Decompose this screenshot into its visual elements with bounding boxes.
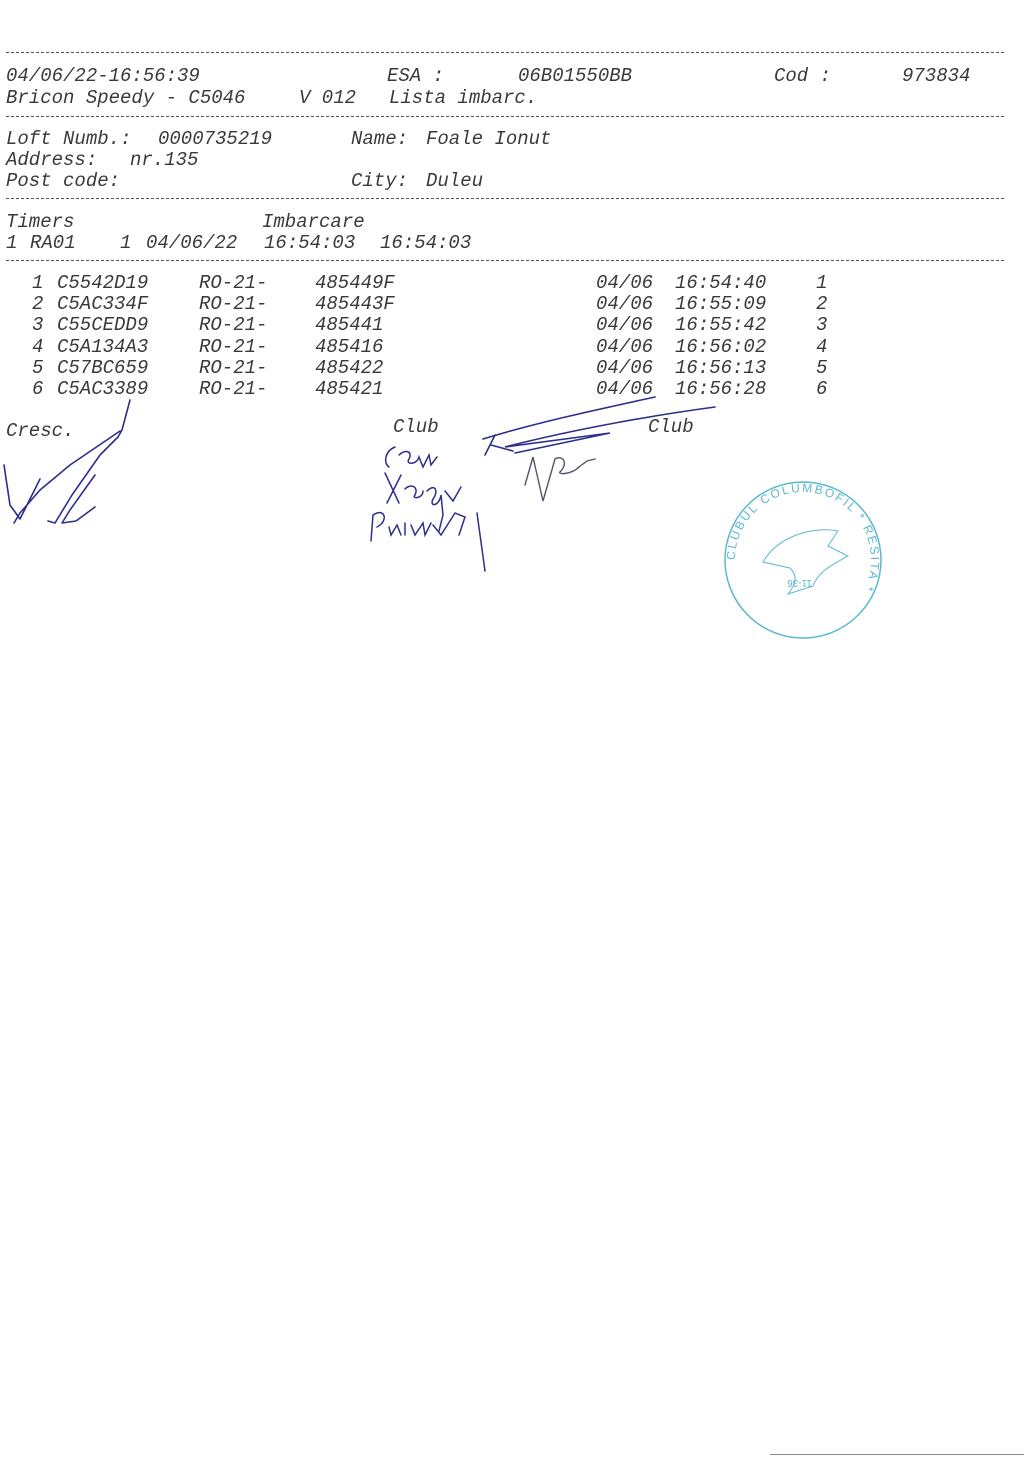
- timer-index: 1: [6, 233, 17, 254]
- timer-id: RA01: [30, 233, 76, 254]
- timer-time-start: 16:54:03: [264, 233, 355, 254]
- bird-chip-id: C57BC659: [57, 358, 148, 379]
- bird-ring-prefix: RO-21-: [199, 315, 267, 336]
- bird-ring-prefix: RO-21-: [199, 358, 267, 379]
- bird-number: 5: [32, 358, 43, 379]
- bird-ring-prefix: RO-21-: [199, 337, 267, 358]
- bird-ring-number: 485443F: [315, 294, 395, 315]
- bird-date: 04/06: [596, 273, 653, 294]
- bird-ring-number: 485416: [315, 337, 383, 358]
- esa-value: 06B01550BB: [518, 66, 632, 87]
- bird-order: 5: [816, 358, 827, 379]
- cod-label: Cod :: [774, 66, 831, 87]
- breeder-signature: [0, 395, 150, 535]
- bird-chip-id: C55CEDD9: [57, 315, 148, 336]
- bird-chip-id: C5542D19: [57, 273, 148, 294]
- print-datetime: 04/06/22-16:56:39: [6, 66, 200, 87]
- imbarcare-label: Imbarcare: [262, 212, 365, 233]
- bird-ring-prefix: RO-21-: [199, 273, 267, 294]
- address-value: nr.135: [130, 150, 198, 171]
- bird-ring-number: 485441: [315, 315, 383, 336]
- bird-order: 6: [816, 379, 827, 400]
- city-label: City:: [351, 171, 408, 192]
- device-name: Bricon Speedy - C5046: [6, 88, 245, 109]
- bird-time: 16:56:13: [675, 358, 766, 379]
- bottom-rule: [770, 1454, 1024, 1455]
- bird-ring-number: 485449F: [315, 273, 395, 294]
- bird-number: 4: [32, 337, 43, 358]
- list-title: Lista imbarc.: [389, 88, 537, 109]
- postcode-label: Post code:: [6, 171, 120, 192]
- city-value: Duleu: [426, 171, 483, 192]
- bird-order: 3: [816, 315, 827, 336]
- bird-ring-prefix: RO-21-: [199, 379, 267, 400]
- cod-value: 973834: [902, 66, 970, 87]
- timer-date: 04/06/22: [146, 233, 237, 254]
- bird-ring-number: 485422: [315, 358, 383, 379]
- separator: [6, 52, 1004, 53]
- esa-label: ESA :: [387, 66, 444, 87]
- bird-date: 04/06: [596, 337, 653, 358]
- bird-number: 2: [32, 294, 43, 315]
- bird-time: 16:55:42: [675, 315, 766, 336]
- bird-order: 4: [816, 337, 827, 358]
- bird-order: 1: [816, 273, 827, 294]
- bird-number: 1: [32, 273, 43, 294]
- bird-number: 3: [32, 315, 43, 336]
- timer-time-end: 16:54:03: [380, 233, 471, 254]
- bird-date: 04/06: [596, 294, 653, 315]
- bird-chip-id: C5AC334F: [57, 294, 148, 315]
- bird-time: 16:55:09: [675, 294, 766, 315]
- timers-label: Timers: [6, 212, 74, 233]
- name-value: Foale Ionut: [426, 129, 551, 150]
- bird-order: 2: [816, 294, 827, 315]
- bird-chip-id: C5A134A3: [57, 337, 148, 358]
- loft-number-label: Loft Numb.:: [6, 129, 131, 150]
- name-label: Name:: [351, 129, 408, 150]
- bird-time: 16:56:02: [675, 337, 766, 358]
- svg-text:11-36: 11-36: [787, 577, 812, 588]
- bird-ring-prefix: RO-21-: [199, 294, 267, 315]
- bird-date: 04/06: [596, 315, 653, 336]
- timer-count: 1: [120, 233, 131, 254]
- separator: [6, 260, 1004, 261]
- club-stamp: CLUBUL COLUMBOFIL * RESITA * 11-36: [718, 476, 888, 644]
- bird-time: 16:54:40: [675, 273, 766, 294]
- address-label: Address:: [6, 150, 97, 171]
- loft-number-value: 0000735219: [158, 129, 272, 150]
- club-signatures: [365, 395, 735, 575]
- separator: [6, 198, 1004, 199]
- bird-date: 04/06: [596, 358, 653, 379]
- firmware-version: V 012: [299, 88, 356, 109]
- separator: [6, 116, 1004, 117]
